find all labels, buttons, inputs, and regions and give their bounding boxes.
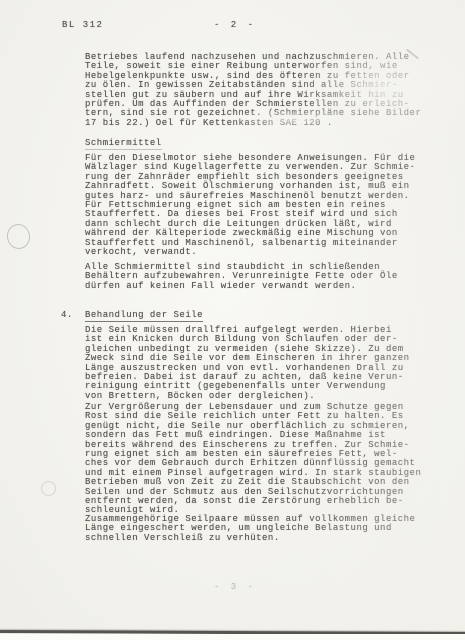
heading-behandlung-der-seile-text: Behandlung der Seile: [85, 311, 203, 322]
paragraph-ropes-pairs: Zusammengehörige Seilpaare müssen auf vo…: [85, 515, 427, 543]
paragraph-lubricants-instructions: Für den Dieselmotor siehe besondere Anwe…: [85, 154, 427, 257]
scanned-document-page: BL 312 - 2 - Betriebes laufend nachzuseh…: [0, 0, 465, 640]
section-number: 4.: [61, 311, 73, 320]
header-page-number: - 2 -: [200, 21, 270, 30]
doc-number: BL 312: [62, 21, 103, 30]
scan-below-edge: [0, 634, 465, 640]
heading-schmiermittel-text: Schmiermittel: [85, 139, 162, 150]
paragraph-lubricants-storage: Alle Schmiermittel sind staubdicht in sc…: [85, 263, 427, 291]
punch-hole-mark-bottom: [41, 481, 56, 496]
paragraph-ropes-laying: Die Seile müssen drallfrei aufgelegt wer…: [85, 326, 427, 401]
heading-behandlung-der-seile: Behandlung der Seile: [85, 311, 203, 322]
footer-page-number: - 3 -: [198, 583, 272, 592]
paragraph-ropes-greasing: Zur Vergrößerung der Lebensdauer und zum…: [85, 403, 427, 516]
punch-hole-mark-top: [5, 222, 33, 251]
paragraph-maintenance-continuation: Betriebes laufend nachzusehen und nachzu…: [85, 53, 427, 128]
heading-schmiermittel: Schmiermittel: [85, 139, 162, 150]
